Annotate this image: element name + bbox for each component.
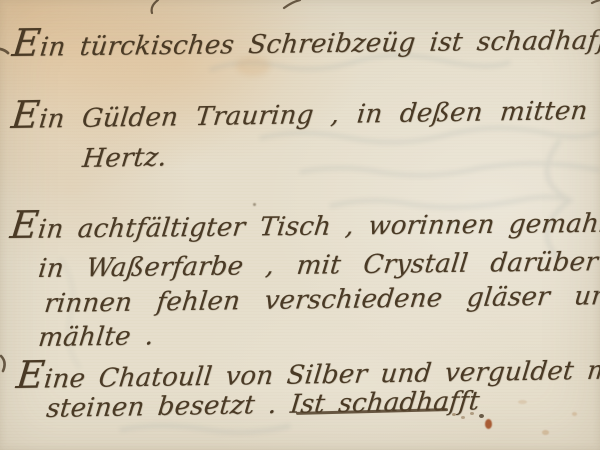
foxing-spot [542, 430, 549, 435]
foxing-spot [518, 400, 527, 404]
ink-dot [470, 412, 474, 415]
manuscript-line: mählte . [37, 321, 156, 353]
manuscript-line: Ein türckisches Schreibzeüg ist schadhaf… [10, 22, 600, 63]
manuscript-line: in Waßerfarbe , mit Crystall darüber , d [37, 246, 600, 284]
stain-patch [236, 56, 270, 76]
ink-speck [253, 203, 256, 206]
rust-spot [485, 419, 492, 429]
ink-dot [461, 416, 465, 419]
ink-dot [452, 413, 456, 416]
manuscript-line: rinnen fehlen verschiedene gläser und g [43, 280, 600, 319]
period-dot [479, 414, 484, 418]
manuscript-page: Ein türckisches Schreibzeüg ist schadhaf… [0, 0, 600, 450]
foxing-spot [572, 412, 577, 416]
manuscript-line: Ein achtfältigter Tisch , worinnen gemah… [8, 205, 600, 245]
manuscript-line: Hertz. [81, 143, 168, 174]
manuscript-line: Ein Gülden Trauring , in deßen mitten ei… [9, 92, 600, 135]
manuscript-line: steinen besetzt . Ist schadhafft [45, 386, 481, 424]
